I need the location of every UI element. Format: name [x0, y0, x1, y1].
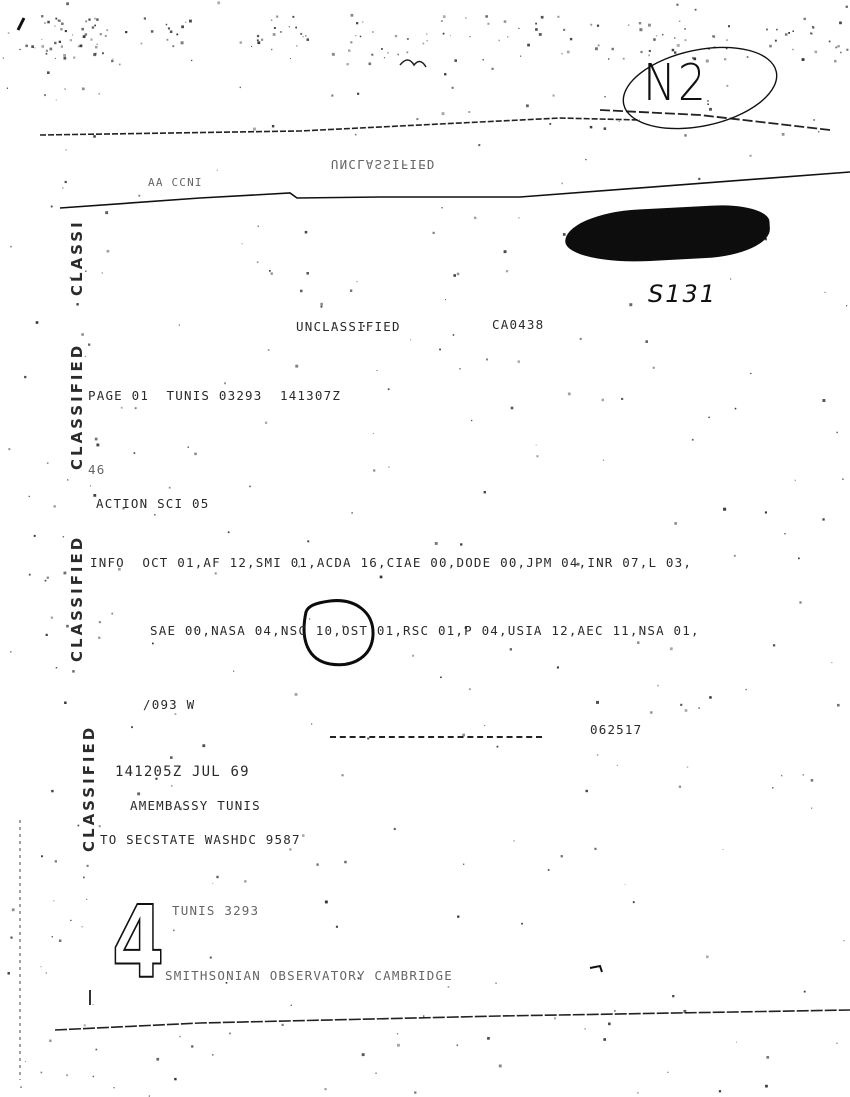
- info-line-1: INFO OCT 01,AF 12,SMI 01,ACDA 16,CIAE 00…: [90, 555, 692, 570]
- redaction-block: [564, 203, 771, 266]
- mirrored-header-stamp: UNCLASSIFIED: [296, 142, 436, 187]
- margin-stamp: CLASSI: [68, 219, 86, 296]
- classification-label: UNCLASSIFIED: [296, 319, 401, 334]
- header-partial-label: AA CCNI: [148, 176, 203, 189]
- handwritten-page-number: 4: [112, 893, 164, 993]
- page-line: PAGE 01 TUNIS 03293 141307Z: [88, 388, 341, 403]
- handwritten-n2: N2: [643, 54, 708, 113]
- serial-number: 062517: [590, 722, 642, 737]
- date-time-group: 141205Z JUL 69: [115, 764, 250, 780]
- reference-line: TUNIS 3293: [172, 903, 259, 918]
- subject-line: SMITHSONIAN OBSERVATORY CAMBRIDGE: [165, 968, 453, 983]
- handwritten-reference: S131: [648, 280, 717, 308]
- action-line: ACTION SCI 05: [96, 496, 209, 511]
- control-number: CA0438: [492, 317, 544, 332]
- line-46: 46: [88, 462, 105, 477]
- separator-line: [330, 736, 542, 738]
- routing-line: /093 W: [143, 697, 195, 712]
- scanned-cable-page: N2 S131 4 UNCLASSIFIED AA CCNI UNCLASSIF…: [0, 0, 850, 1097]
- margin-stamp: CLASSIFIED: [68, 535, 86, 662]
- margin-stamp: CLASSIFIED: [80, 725, 98, 852]
- from-line: AMEMBASSY TUNIS: [130, 798, 261, 813]
- info-line-2: SAE 00,NASA 04,NSC 10,OST 01,RSC 01,P 04…: [150, 623, 700, 638]
- to-line: TO SECSTATE WASHDC 9587: [100, 832, 301, 847]
- margin-stamp: CLASSIFIED: [68, 343, 86, 470]
